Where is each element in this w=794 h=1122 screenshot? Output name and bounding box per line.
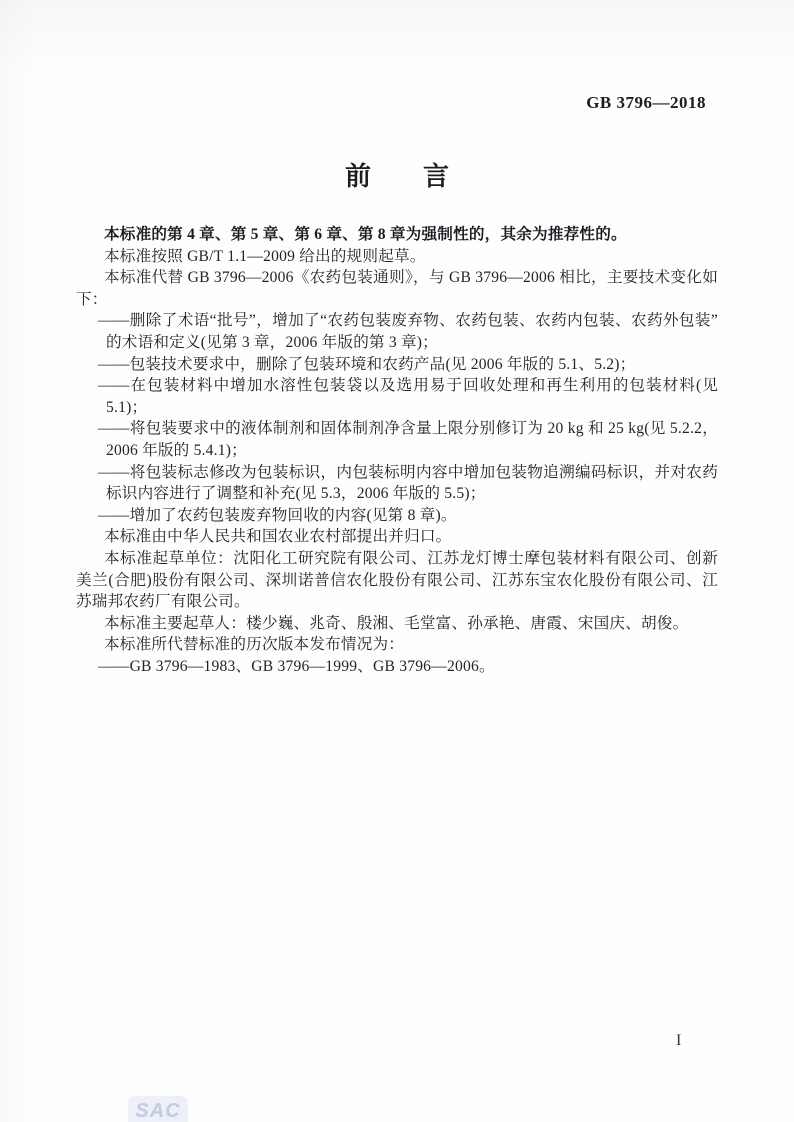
foreword-body: 本标准的第 4 章、第 5 章、第 6 章、第 8 章为强制性的，其余为推荐性的…: [76, 224, 718, 677]
paragraph-drafting-units: 本标准起草单位：沈阳化工研究院有限公司、江苏龙灯博士摩包装材料有限公司、创新美兰…: [76, 548, 718, 613]
paragraph: 本标准由中华人民共和国农业农村部提出并归口。: [76, 526, 718, 548]
paragraph: 本标准按照 GB/T 1.1—2009 给出的规则起草。: [76, 246, 718, 268]
change-list-item: ——将包装标志修改为包装标识，内包装标明内容中增加包装物追溯编码标识，并对农药标…: [76, 462, 718, 505]
paragraph: 本标准所代替标准的历次版本发布情况为：: [76, 634, 718, 656]
page-number: I: [676, 1032, 681, 1050]
change-list-item: ——删除了术语“批号”，增加了“农药包装废弃物、农药包装、农药内包装、农药外包装…: [76, 310, 718, 353]
change-list-item: ——增加了农药包装废弃物回收的内容(见第 8 章)。: [76, 505, 718, 527]
sac-logo-watermark: SAC: [128, 1096, 188, 1122]
change-list-item: ——将包装要求中的液体制剂和固体制剂净含量上限分别修订为 20 kg 和 25 …: [76, 418, 718, 461]
paragraph-drafters: 本标准主要起草人：楼少巍、兆奇、殷湘、毛堂富、孙承艳、唐霞、宋国庆、胡俊。: [76, 613, 718, 635]
change-list-item: ——包装技术要求中，删除了包装环境和农药产品(见 2006 年版的 5.1、5.…: [76, 354, 718, 376]
change-list-item: ——在包装材料中增加水溶性包装袋以及选用易于回收处理和再生利用的包装材料(见 5…: [76, 375, 718, 418]
document-page: GB 3796—2018 前 言 本标准的第 4 章、第 5 章、第 6 章、第…: [0, 0, 794, 1122]
paragraph: 本标准代替 GB 3796—2006《农药包装通则》，与 GB 3796—200…: [76, 267, 718, 310]
standard-number: GB 3796—2018: [586, 93, 706, 113]
previous-editions-item: ——GB 3796—1983、GB 3796—1999、GB 3796—2006…: [76, 656, 718, 678]
paragraph-mandatory-clause: 本标准的第 4 章、第 5 章、第 6 章、第 8 章为强制性的，其余为推荐性的…: [76, 224, 718, 246]
page-title: 前 言: [0, 156, 794, 193]
